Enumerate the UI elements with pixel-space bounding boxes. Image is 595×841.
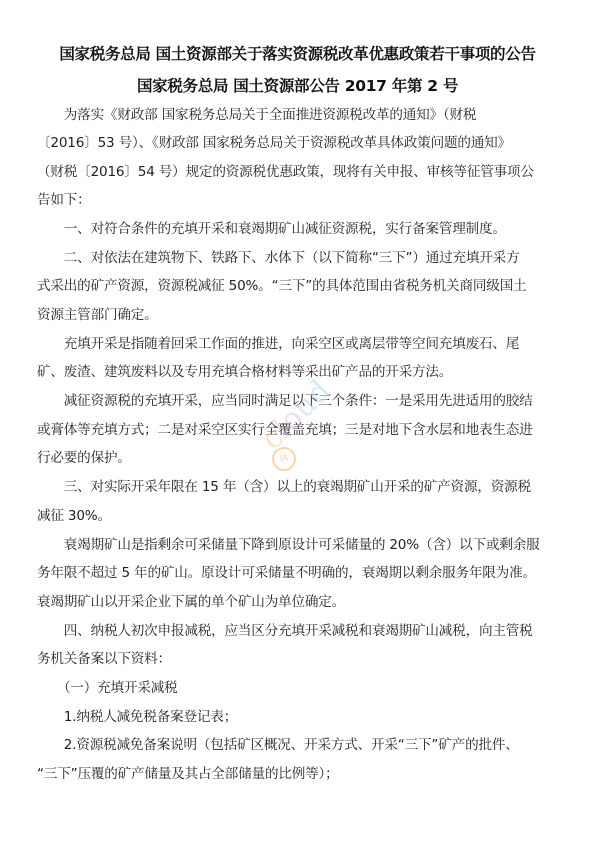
body-line: 1.纳税人减免税备案登记表； — [37, 705, 237, 725]
document-subtitle: 国家税务总局 国土资源部公告 2017 年第 2 号 — [0, 74, 595, 96]
body-line: 减征资源税的充填开采，应当同时满足以下三个条件：一是采用先进适用的胶结 — [37, 389, 533, 409]
document-page: 国家税务总局 国土资源部关于落实资源税改革优惠政策若干事项的公告 国家税务总局 … — [0, 0, 595, 841]
body-line: 〔2016〕53 号）、《财政部 国家税务总局关于资源税改革具体政策问题的通知》 — [37, 131, 511, 151]
body-line: 行必要的保护。 — [37, 446, 131, 466]
body-line: 为落实《财政部 国家税务总局关于全面推进资源税改革的通知》（财税 — [37, 103, 476, 123]
watermark-badge-icon: IA — [272, 447, 296, 471]
body-line: （一）充填开采减税 — [37, 676, 178, 696]
body-line: 四、纳税人初次申报减税，应当区分充填开采减税和衰竭期矿山减税，向主管税 — [37, 619, 533, 639]
body-line: 式采出的矿产资源，资源税减征 50%。“三下”的具体范围由省税务机关商同级国土 — [37, 274, 526, 294]
document-title: 国家税务总局 国土资源部关于落实资源税改革优惠政策若干事项的公告 — [0, 42, 595, 64]
body-line: 告如下： — [37, 188, 91, 208]
body-line: 矿、废渣、建筑废料以及专用充填合格材料等采出矿产品的开采方法。 — [37, 360, 452, 380]
body-line: 2.资源税减免备案说明（包括矿区概况、开采方式、开采“三下”矿产的批件、 — [37, 733, 519, 753]
body-line: 资源主管部门确定。 — [37, 303, 158, 323]
body-line: 务年限不超过 5 年的矿山。原设计可采储量不明确的，衰竭期以剩余服务年限为准。 — [37, 561, 536, 581]
body-line: “三下”压覆的矿产储量及其占全部储量的比例等）； — [37, 762, 339, 782]
body-line: 一、对符合条件的充填开采和衰竭期矿山减征资源税，实行备案管理制度。 — [37, 217, 506, 237]
body-line: （财税〔2016〕54 号）规定的资源税优惠政策，现将有关申报、审核等征管事项公 — [37, 160, 534, 180]
body-line: 衰竭期矿山以开采企业下属的单个矿山为单位确定。 — [37, 590, 345, 610]
body-line: 务机关备案以下资料： — [37, 647, 171, 667]
body-line: 二、对依法在建筑物下、铁路下、水体下（以下简称“三下”）通过充填开采方 — [37, 246, 519, 266]
body-line: 衰竭期矿山是指剩余可采储量下降到原设计可采储量的 20%（含）以下或剩余服 — [37, 533, 540, 553]
body-line: 减征 30%。 — [37, 504, 111, 524]
body-line: 或膏体等充填方式；二是对采空区实行全覆盖充填；三是对地下含水层和地表生态进 — [37, 418, 533, 438]
body-line: 充填开采是指随着回采工作面的推进，向采空区或离层带等空间充填废石、尾 — [37, 332, 519, 352]
body-line: 三、对实际开采年限在 15 年（含）以上的衰竭期矿山开采的矿产资源，资源税 — [37, 475, 531, 495]
